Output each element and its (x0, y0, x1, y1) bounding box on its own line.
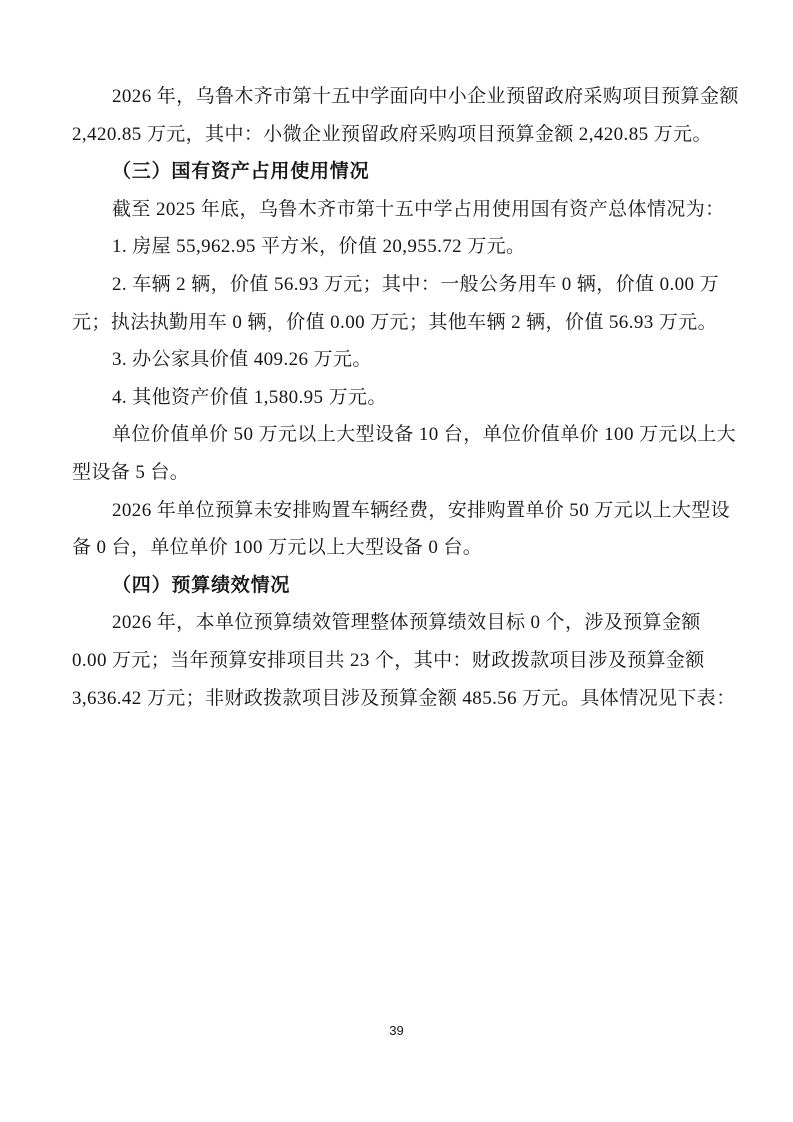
document-body: 2026 年，乌鲁木齐市第十五中学面向中小企业预留政府采购项目预算金额2,420… (72, 78, 752, 717)
text-line: 截至 2025 年底，乌鲁木齐市第十五中学占用使用国有资产总体情况为： (72, 191, 752, 229)
text-line: 3. 办公家具价值 409.26 万元。 (72, 341, 752, 379)
text-line: 型设备 5 台。 (72, 454, 752, 492)
text-line: 2026 年，乌鲁木齐市第十五中学面向中小企业预留政府采购项目预算金额 (72, 78, 752, 116)
text-line: 备 0 台，单位单价 100 万元以上大型设备 0 台。 (72, 529, 752, 567)
page-number: 39 (0, 1022, 793, 1040)
text-line: 3,636.42 万元；非财政拨款项目涉及预算金额 485.56 万元。具体情况… (72, 680, 752, 718)
text-line: 2. 车辆 2 辆，价值 56.93 万元；其中：一般公务用车 0 辆，价值 0… (72, 266, 752, 304)
text-line: 2,420.85 万元，其中：小微企业预留政府采购项目预算金额 2,420.85… (72, 116, 752, 154)
text-line: 4. 其他资产价值 1,580.95 万元。 (72, 379, 752, 417)
section-heading: （三）国有资产占用使用情况 (72, 153, 752, 191)
text-line: 1. 房屋 55,962.95 平方米，价值 20,955.72 万元。 (72, 228, 752, 266)
text-line: 2026 年单位预算未安排购置车辆经费，安排购置单价 50 万元以上大型设 (72, 492, 752, 530)
text-line: 单位价值单价 50 万元以上大型设备 10 台，单位价值单价 100 万元以上大 (72, 416, 752, 454)
text-line: 0.00 万元；当年预算安排项目共 23 个，其中：财政拨款项目涉及预算金额 (72, 642, 752, 680)
text-line: 2026 年，本单位预算绩效管理整体预算绩效目标 0 个，涉及预算金额 (72, 604, 752, 642)
text-line: 元；执法执勤用车 0 辆，价值 0.00 万元；其他车辆 2 辆，价值 56.9… (72, 304, 752, 342)
document-page: 2026 年，乌鲁木齐市第十五中学面向中小企业预留政府采购项目预算金额2,420… (0, 0, 793, 1122)
section-heading: （四）预算绩效情况 (72, 567, 752, 605)
